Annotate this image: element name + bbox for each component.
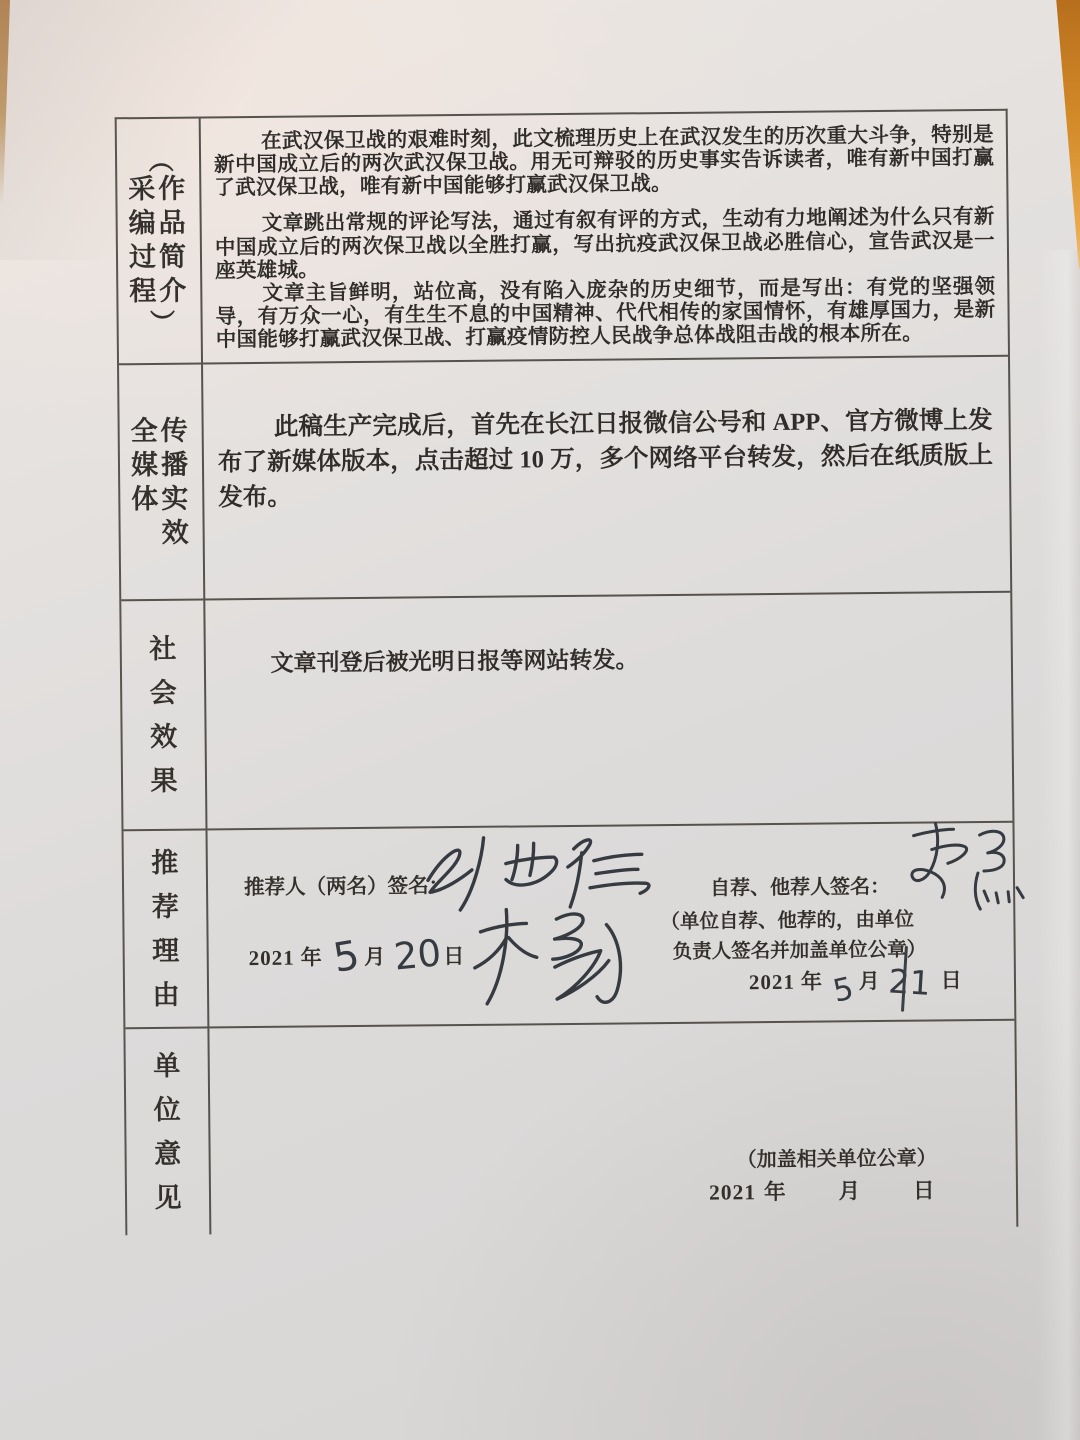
intro-paragraph-1: 在武汉保卫战的艰难时刻，此文梳理历史上在武汉发生的历次重大斗争，特别是新中国成立… [214, 124, 995, 201]
media-effect-text: 此稿生产完成后，首先在长江日报微信公号和 APP、官方微博上发布了新媒体版本，点… [203, 357, 1009, 516]
header-line: 理 [152, 929, 179, 973]
row-social-header-text: 社 会 效 果 [149, 627, 178, 803]
date-month-unit: 月 [859, 965, 881, 995]
unit-seal-note: （加盖相关单位公章） [737, 1141, 937, 1172]
date-year: 2021 [249, 946, 295, 971]
header-line: 程介 [129, 274, 189, 309]
row-unit-header: 单 位 意 见 [125, 1028, 211, 1235]
media-effect-paragraph: 此稿生产完成后，首先在长江日报微信公号和 APP、官方微博上发布了新媒体版本，点… [217, 403, 993, 516]
header-line: 采作 [128, 172, 188, 207]
row-social-header: 社 会 效 果 [121, 600, 207, 829]
date-year-unit: 年 [301, 941, 323, 971]
header-line: 全传 [131, 414, 191, 449]
row-intro: （ 采作 编品 过简 程介 ） 在武汉保卫战的艰难时刻，此文梳理历史上在武汉发生… [117, 111, 1008, 366]
header-line: 编品 [129, 206, 189, 241]
date-year: 2021 [749, 970, 795, 995]
intro-paragraphs: 在武汉保卫战的艰难时刻，此文梳理历史上在武汉发生的历次重大斗争，特别是新中国成立… [201, 111, 1008, 353]
row-social-content: 文章刊登后被光明日报等网站转发。 [205, 593, 1012, 829]
header-line: 媒播 [131, 448, 191, 483]
row-recommend-content: 推荐人（两名）签名： [208, 823, 1015, 1027]
self-recommender-signature [895, 817, 1036, 930]
row-intro-content: 在武汉保卫战的艰难时刻，此文梳理历史上在武汉发生的历次重大斗争，特别是新中国成立… [201, 111, 1008, 363]
header-line: 效 [131, 516, 191, 551]
date-month-unit: 月 [838, 1174, 861, 1205]
row-recommendation: 推 荐 理 由 推荐人（两名）签名： [124, 823, 1015, 1030]
open-paren: （ [146, 147, 170, 172]
close-paren: ） [147, 309, 171, 334]
date-year-unit: 年 [764, 1175, 787, 1206]
recommender-signature-2 [460, 896, 677, 1022]
header-line: 体实 [131, 482, 191, 517]
header-line: 果 [150, 759, 177, 803]
intro-paragraph-3: 文章主旨鲜明，站位高，没有陷入庞杂的历史细节，而是写出：有党的坚强领导，有万众一… [215, 276, 996, 353]
header-line: 位 [153, 1088, 180, 1132]
date-month-unit: 月 [364, 941, 386, 971]
date-day-unit: 日 [941, 964, 963, 994]
intro-paragraph-2: 文章跳出常规的评论写法，通过有叙有评的方式，生动有力地阐述为什么只有新中国成立后… [215, 206, 996, 283]
row-media-effect: 全传 媒播 体实 效 此稿生产完成后，首先在长江日报微信公号和 APP、官方微博… [119, 357, 1010, 602]
row-intro-header: （ 采作 编品 过简 程介 ） [117, 118, 203, 363]
header-line: 见 [154, 1176, 181, 1220]
unit-date: 2021 年 月 日 [709, 1173, 936, 1206]
handwritten-month: 5 [331, 935, 363, 979]
self-recommend-signature-label: 自荐、他荐人签名： [710, 870, 890, 901]
row-recommend-header: 推 荐 理 由 [124, 830, 210, 1027]
row-unit-header-text: 单 位 意 见 [153, 1044, 182, 1220]
self-recommend-date: 2021 年 5 月 21 日 [749, 959, 963, 996]
header-line: 单 [153, 1044, 180, 1088]
header-line: 推 [151, 841, 178, 885]
date-day-unit: 日 [913, 1173, 936, 1204]
row-intro-header-text: （ 采作 编品 过简 程介 ） [128, 148, 190, 335]
row-media-content: 此稿生产完成后，首先在长江日报微信公号和 APP、官方微博上发布了新媒体版本，点… [203, 357, 1010, 599]
handwritten-month: 5 [830, 973, 856, 1008]
self-recommend-note-line-1: （单位自荐、他荐的，由单位 [660, 904, 914, 934]
recommender-date: 2021 年 5 月 20 日 [248, 930, 465, 972]
handwritten-day: 21 [887, 964, 931, 999]
row-recommend-header-text: 推 荐 理 由 [151, 841, 180, 1017]
row-media-header: 全传 媒播 体实 效 [119, 364, 205, 599]
header-line: 由 [152, 973, 179, 1017]
row-unit-opinion: 单 位 意 见 （加盖相关单位公章） 2021 年 月 日 [125, 1021, 1016, 1236]
header-line: 会 [149, 671, 176, 715]
header-line: 荐 [152, 885, 179, 929]
social-effect-paragraph: 文章刊登后被光明日报等网站转发。 [220, 641, 995, 681]
row-unit-content: （加盖相关单位公章） 2021 年 月 日 [209, 1021, 1016, 1235]
row-media-header-text: 全传 媒播 体实 效 [131, 414, 192, 551]
header-line: 效 [150, 715, 177, 759]
handwritten-day: 20 [393, 934, 443, 975]
header-line: 社 [149, 627, 176, 671]
date-year-unit: 年 [801, 966, 823, 996]
header-line: 意 [154, 1132, 181, 1176]
header-line: 过简 [129, 240, 189, 275]
date-year: 2021 [709, 1180, 756, 1205]
recommendation-form-table: （ 采作 编品 过简 程介 ） 在武汉保卫战的艰难时刻，此文梳理历史上在武汉发生… [115, 109, 1019, 1236]
social-effect-text: 文章刊登后被光明日报等网站转发。 [205, 593, 1011, 681]
row-social-effect: 社 会 效 果 文章刊登后被光明日报等网站转发。 [121, 593, 1012, 832]
